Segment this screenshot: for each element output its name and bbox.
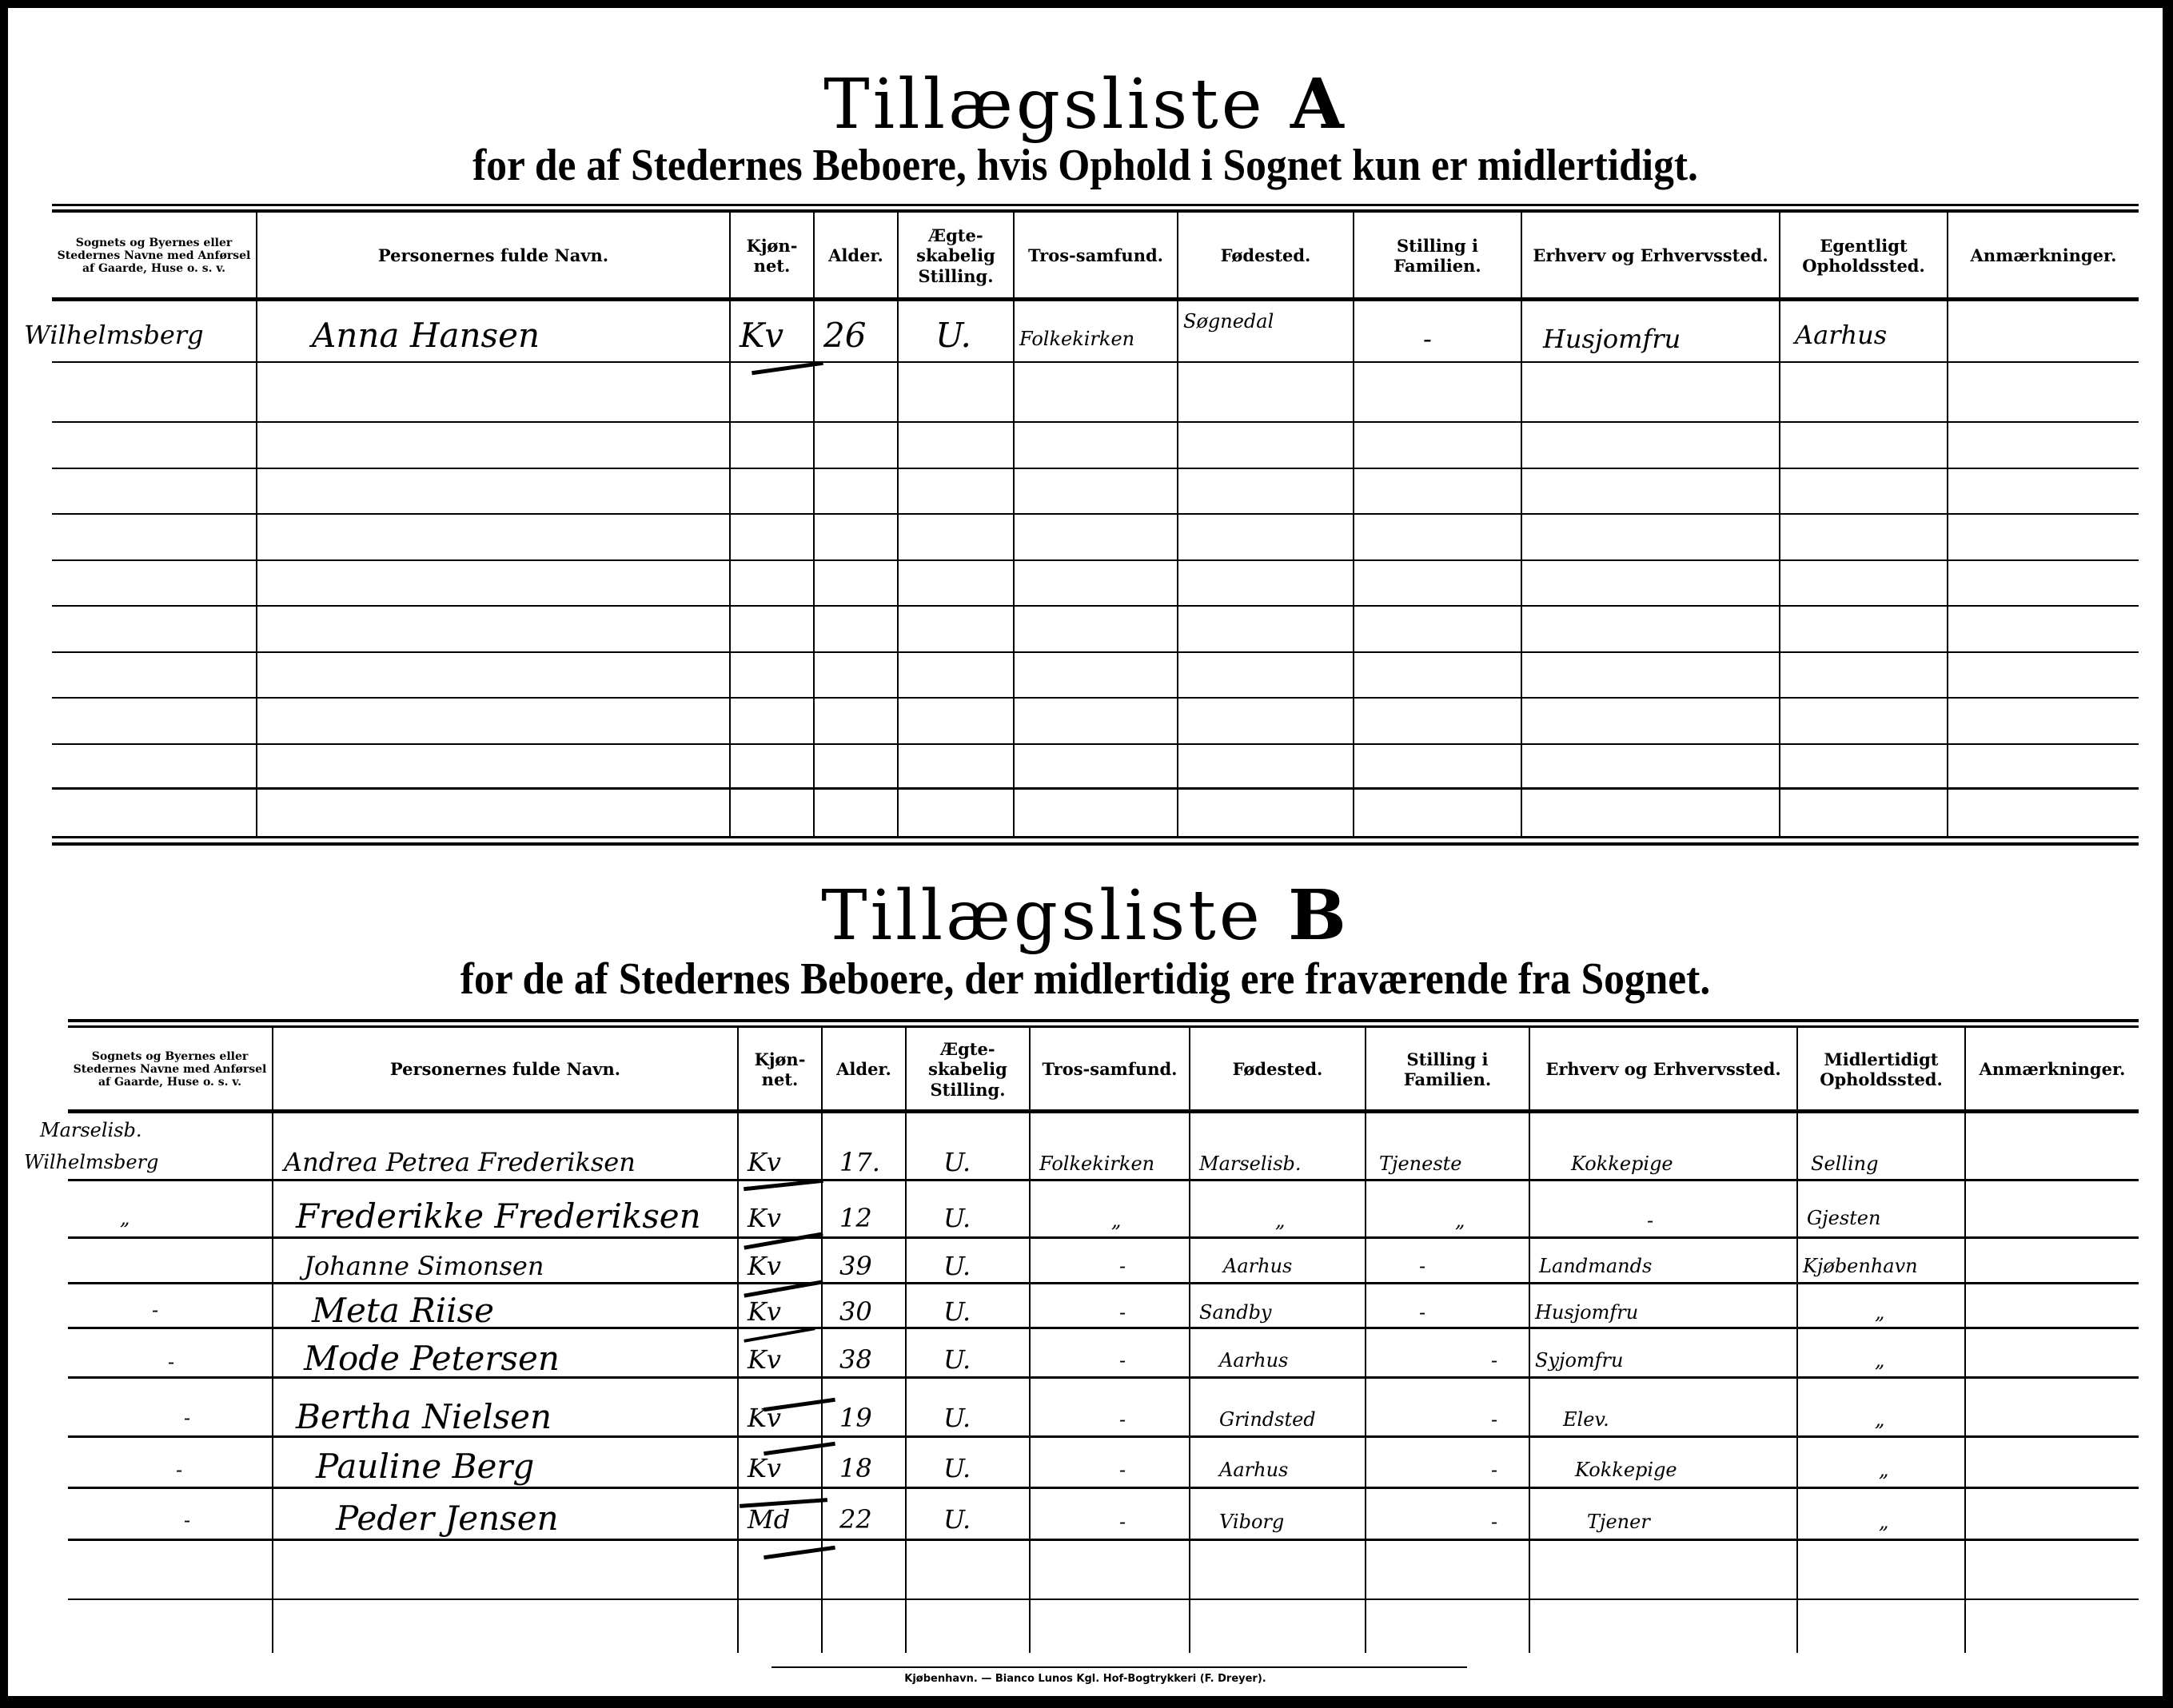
cell-birthplace: Aarhus [1219,1459,1288,1481]
divider [68,1109,2139,1113]
column-divider [1353,213,1354,836]
cell-occupation: Husjomfru [1543,324,1681,354]
pen-mark [764,1442,835,1455]
header-residence: Midlertidigt Opholdssted. [1798,1029,1964,1109]
footer-rule [772,1666,1467,1668]
cell-faith: - [1119,1511,1126,1533]
cell-faith: Folkekirken [1019,328,1134,350]
header-family-position: Stilling i Familien. [1354,214,1521,297]
cell-sex: Kv [748,1203,781,1233]
column-divider [1779,213,1780,836]
cell-occupation: Kokkepige [1571,1153,1673,1175]
row-line [52,468,2139,469]
cell-residence: Aarhus [1795,320,1887,350]
cell-age: 26 [823,316,866,355]
list-b-subtitle-text-end: fra Sognet. [1508,954,1710,1004]
cell-faith: Folkekirken [1039,1153,1154,1175]
cell-family-position: - [1491,1511,1497,1533]
column-divider [1529,1028,1530,1653]
divider [52,204,2139,206]
cell-place: - [184,1509,190,1531]
cell-name: Peder Jensen [336,1499,559,1538]
list-a-title: Tillægsliste A [8,64,2163,145]
cell-occupation: Kokkepige [1575,1459,1677,1481]
divider [52,209,2139,213]
cell-sex: Kv [748,1147,781,1177]
row-line [68,1539,2139,1541]
cell-place: - [168,1351,174,1373]
cell-faith: - [1119,1255,1126,1277]
cell-faith: - [1119,1301,1126,1324]
cell-family-position: - [1423,324,1432,354]
cell-name: Anna Hansen [312,316,540,355]
column-divider [905,1028,907,1653]
list-a-letter: A [1290,64,1347,145]
cell-occupation: Tjener [1587,1511,1650,1533]
cell-name: Johanne Simonsen [304,1251,544,1281]
cell-birthplace: Sandby [1199,1301,1272,1324]
cell-residence: „ [1879,1511,1888,1533]
cell-faith: - [1119,1459,1126,1481]
cell-birthplace: Marselisb. [1199,1153,1302,1175]
cell-occupation: Elev. [1563,1408,1609,1431]
cell-family-position: Tjeneste [1379,1153,1461,1175]
row-line [52,361,2139,363]
divider [52,836,2139,838]
list-b-subtitle-text: for de af Stedernes Beboere, der midlert… [461,954,1305,1004]
cell-place: „ [120,1207,130,1229]
cell-place: Wilhelmsberg [24,320,204,350]
cell-family-position: - [1419,1255,1425,1277]
cell-residence: „ [1879,1459,1888,1481]
cell-birthplace: Aarhus [1223,1255,1292,1277]
header-birthplace: Fødested. [1178,214,1353,297]
cell-name: Bertha Nielsen [296,1397,552,1436]
header-faith: Tros-samfund. [1015,214,1177,297]
column-divider [1521,213,1522,836]
cell-marital: U. [935,316,971,355]
list-a-subtitle: for de af Stedernes Beboere, hvis Ophold… [94,140,2076,191]
header-sex: Kjøn-net. [731,214,813,297]
list-b-title: Tillægsliste B [8,875,2163,956]
cell-family-position: - [1419,1301,1425,1324]
cell-faith: - [1119,1408,1126,1431]
header-faith: Tros-samfund. [1031,1029,1189,1109]
cell-occupation: Syjomfru [1535,1349,1623,1372]
cell-age: 30 [839,1296,872,1327]
cell-age: 39 [839,1251,872,1281]
cell-birthplace: Søgnedal [1183,310,1274,332]
row-line [68,1599,2139,1600]
cell-residence: Selling [1811,1153,1879,1175]
header-family-position: Stilling i Familien. [1366,1029,1529,1109]
cell-age: 38 [839,1344,872,1375]
divider [68,1025,2139,1028]
census-form-page: Tillægsliste A for de af Stedernes Beboe… [8,8,2163,1696]
list-a-subtitle-bold: midlertidigt. [1477,141,1698,190]
cell-marital: U. [943,1296,971,1327]
list-a-title-text: Tillægsliste [823,65,1266,145]
column-divider [1964,1028,1966,1653]
cell-place: Wilhelmsberg [24,1151,158,1173]
column-divider [1013,213,1015,836]
column-divider [729,213,731,836]
cell-age: 19 [839,1403,872,1433]
divider [52,842,2139,846]
header-place: Sognets og Byernes eller Stedernes Navne… [68,1029,272,1109]
cell-family-position: - [1491,1408,1497,1431]
cell-name: Meta Riise [312,1291,494,1330]
row-line [52,743,2139,745]
cell-age: 17. [839,1147,880,1177]
cell-name: Pauline Berg [316,1447,534,1486]
row-line [68,1236,2139,1239]
cell-birthplace: Aarhus [1219,1349,1288,1372]
row-line [52,559,2139,561]
cell-residence: Kjøbenhavn [1803,1255,1918,1277]
row-line [68,1487,2139,1489]
column-divider [897,213,899,836]
column-divider [256,213,257,836]
cell-residence: Gjesten [1807,1207,1880,1229]
cell-sex: Kv [740,316,783,355]
row-line [68,1179,2139,1181]
cell-marital: U. [943,1344,971,1375]
cell-residence: „ [1875,1349,1884,1372]
pen-mark [744,1232,823,1249]
header-remarks: Anmærkninger. [1948,214,2139,297]
cell-sex: Kv [748,1296,781,1327]
cell-birthplace: „ [1275,1209,1285,1232]
column-divider [1029,1028,1031,1653]
row-line [52,605,2139,607]
printer-imprint: Kjøbenhavn. — Bianco Lunos Kgl. Hof-Bogt… [8,1673,2163,1685]
header-place: Sognets og Byernes eller Stedernes Navne… [52,214,256,297]
cell-faith: „ [1111,1209,1121,1232]
cell-age: 12 [839,1203,872,1233]
column-divider [1177,213,1178,836]
header-sex: Kjøn-net. [739,1029,821,1109]
cell-family-position: - [1491,1349,1497,1372]
cell-sex: Md [748,1504,790,1535]
list-b-subtitle: for de af Stedernes Beboere, der midlert… [94,954,2076,1005]
cell-marital: U. [943,1453,971,1483]
header-birthplace: Fødested. [1190,1029,1365,1109]
cell-family-position: - [1491,1459,1497,1481]
list-a-subtitle-text: for de af Stedernes Beboere, hvis Ophold… [472,141,1477,190]
header-name: Personernes fulde Navn. [257,214,729,297]
cell-occupation: - [1647,1209,1653,1232]
row-line [52,787,2139,790]
cell-marital: U. [943,1403,971,1433]
cell-marital: U. [943,1251,971,1281]
list-b-subtitle-bold: fraværende [1305,954,1508,1004]
column-divider [1365,1028,1366,1653]
column-divider [737,1028,739,1653]
cell-sex: Kv [748,1453,781,1483]
cell-marital: U. [943,1504,971,1535]
cell-occupation: Landmands [1539,1255,1652,1277]
cell-birthplace: Grindsted [1219,1408,1316,1431]
header-remarks: Anmærkninger. [1966,1029,2139,1109]
cell-name: Mode Petersen [304,1339,560,1378]
cell-family-position: „ [1455,1209,1465,1232]
place-note: Marselisb. [40,1119,142,1141]
cell-place: - [152,1299,158,1321]
row-line [68,1282,2139,1284]
divider [68,1019,2139,1022]
cell-age: 22 [839,1504,872,1535]
row-line [52,697,2139,699]
cell-residence: „ [1875,1408,1884,1431]
cell-place: - [184,1407,190,1429]
divider [52,297,2139,301]
cell-marital: U. [943,1147,971,1177]
cell-sex: Kv [748,1344,781,1375]
cell-name: Andrea Petrea Frederiksen [284,1147,636,1177]
pen-mark [744,1327,815,1343]
cell-sex: Kv [748,1251,781,1281]
header-occupation: Erhverv og Erhvervssted. [1530,1029,1796,1109]
header-marital: Ægte-skabelig Stilling. [899,214,1013,297]
column-divider [1947,213,1948,836]
row-line [52,651,2139,653]
cell-occupation: Husjomfru [1535,1301,1638,1324]
cell-age: 18 [839,1453,872,1483]
header-age: Alder. [823,1029,905,1109]
row-line [52,421,2139,423]
column-divider [1189,1028,1190,1653]
column-divider [821,1028,823,1653]
row-line [52,513,2139,515]
cell-name: Frederikke Frederiksen [296,1196,701,1236]
cell-faith: - [1119,1349,1126,1372]
header-name: Personernes fulde Navn. [273,1029,737,1109]
cell-marital: U. [943,1203,971,1233]
header-residence: Egentligt Opholdssted. [1780,214,1947,297]
list-b-title-text: Tillægsliste [821,876,1263,956]
pen-mark [764,1546,835,1559]
header-marital: Ægte-skabelig Stilling. [907,1029,1029,1109]
cell-place: - [176,1459,182,1481]
list-b-letter: B [1288,875,1350,956]
column-divider [1796,1028,1798,1653]
cell-residence: „ [1875,1301,1884,1324]
header-age: Alder. [815,214,897,297]
column-divider [272,1028,273,1653]
column-divider [813,213,815,836]
cell-birthplace: Viborg [1219,1511,1284,1533]
header-occupation: Erhverv og Erhvervssted. [1522,214,1779,297]
